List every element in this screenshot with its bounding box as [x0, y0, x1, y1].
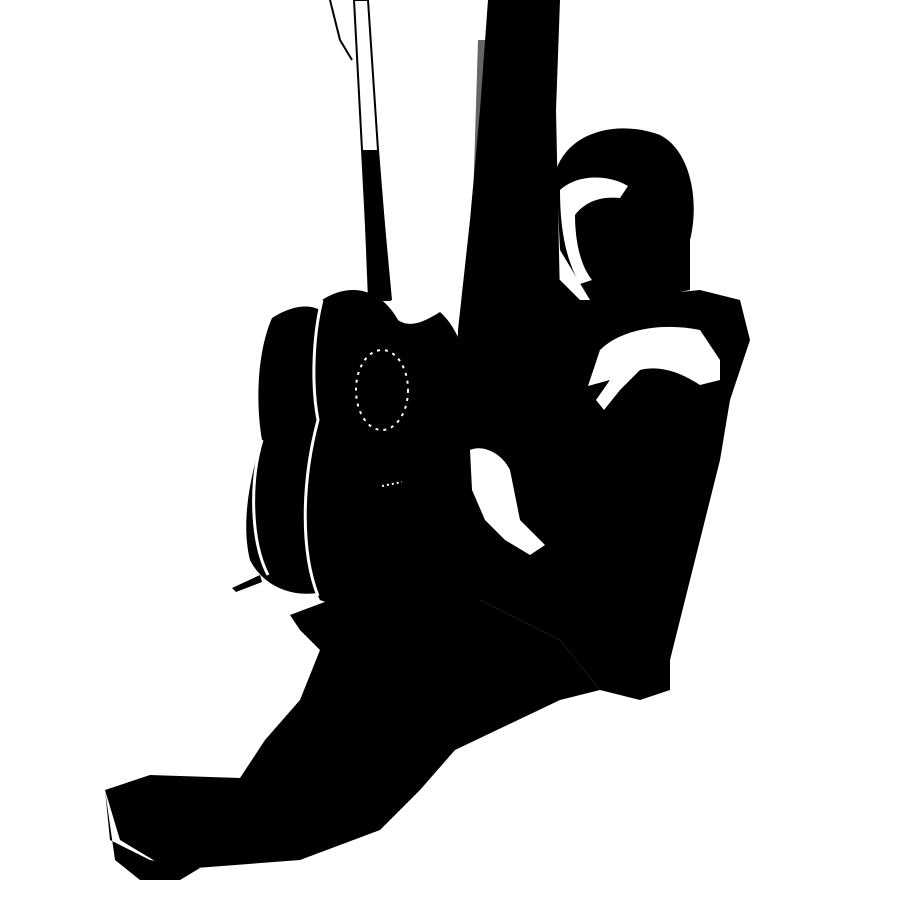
- bw-photo-illustration: [0, 0, 900, 900]
- photo: [0, 0, 900, 900]
